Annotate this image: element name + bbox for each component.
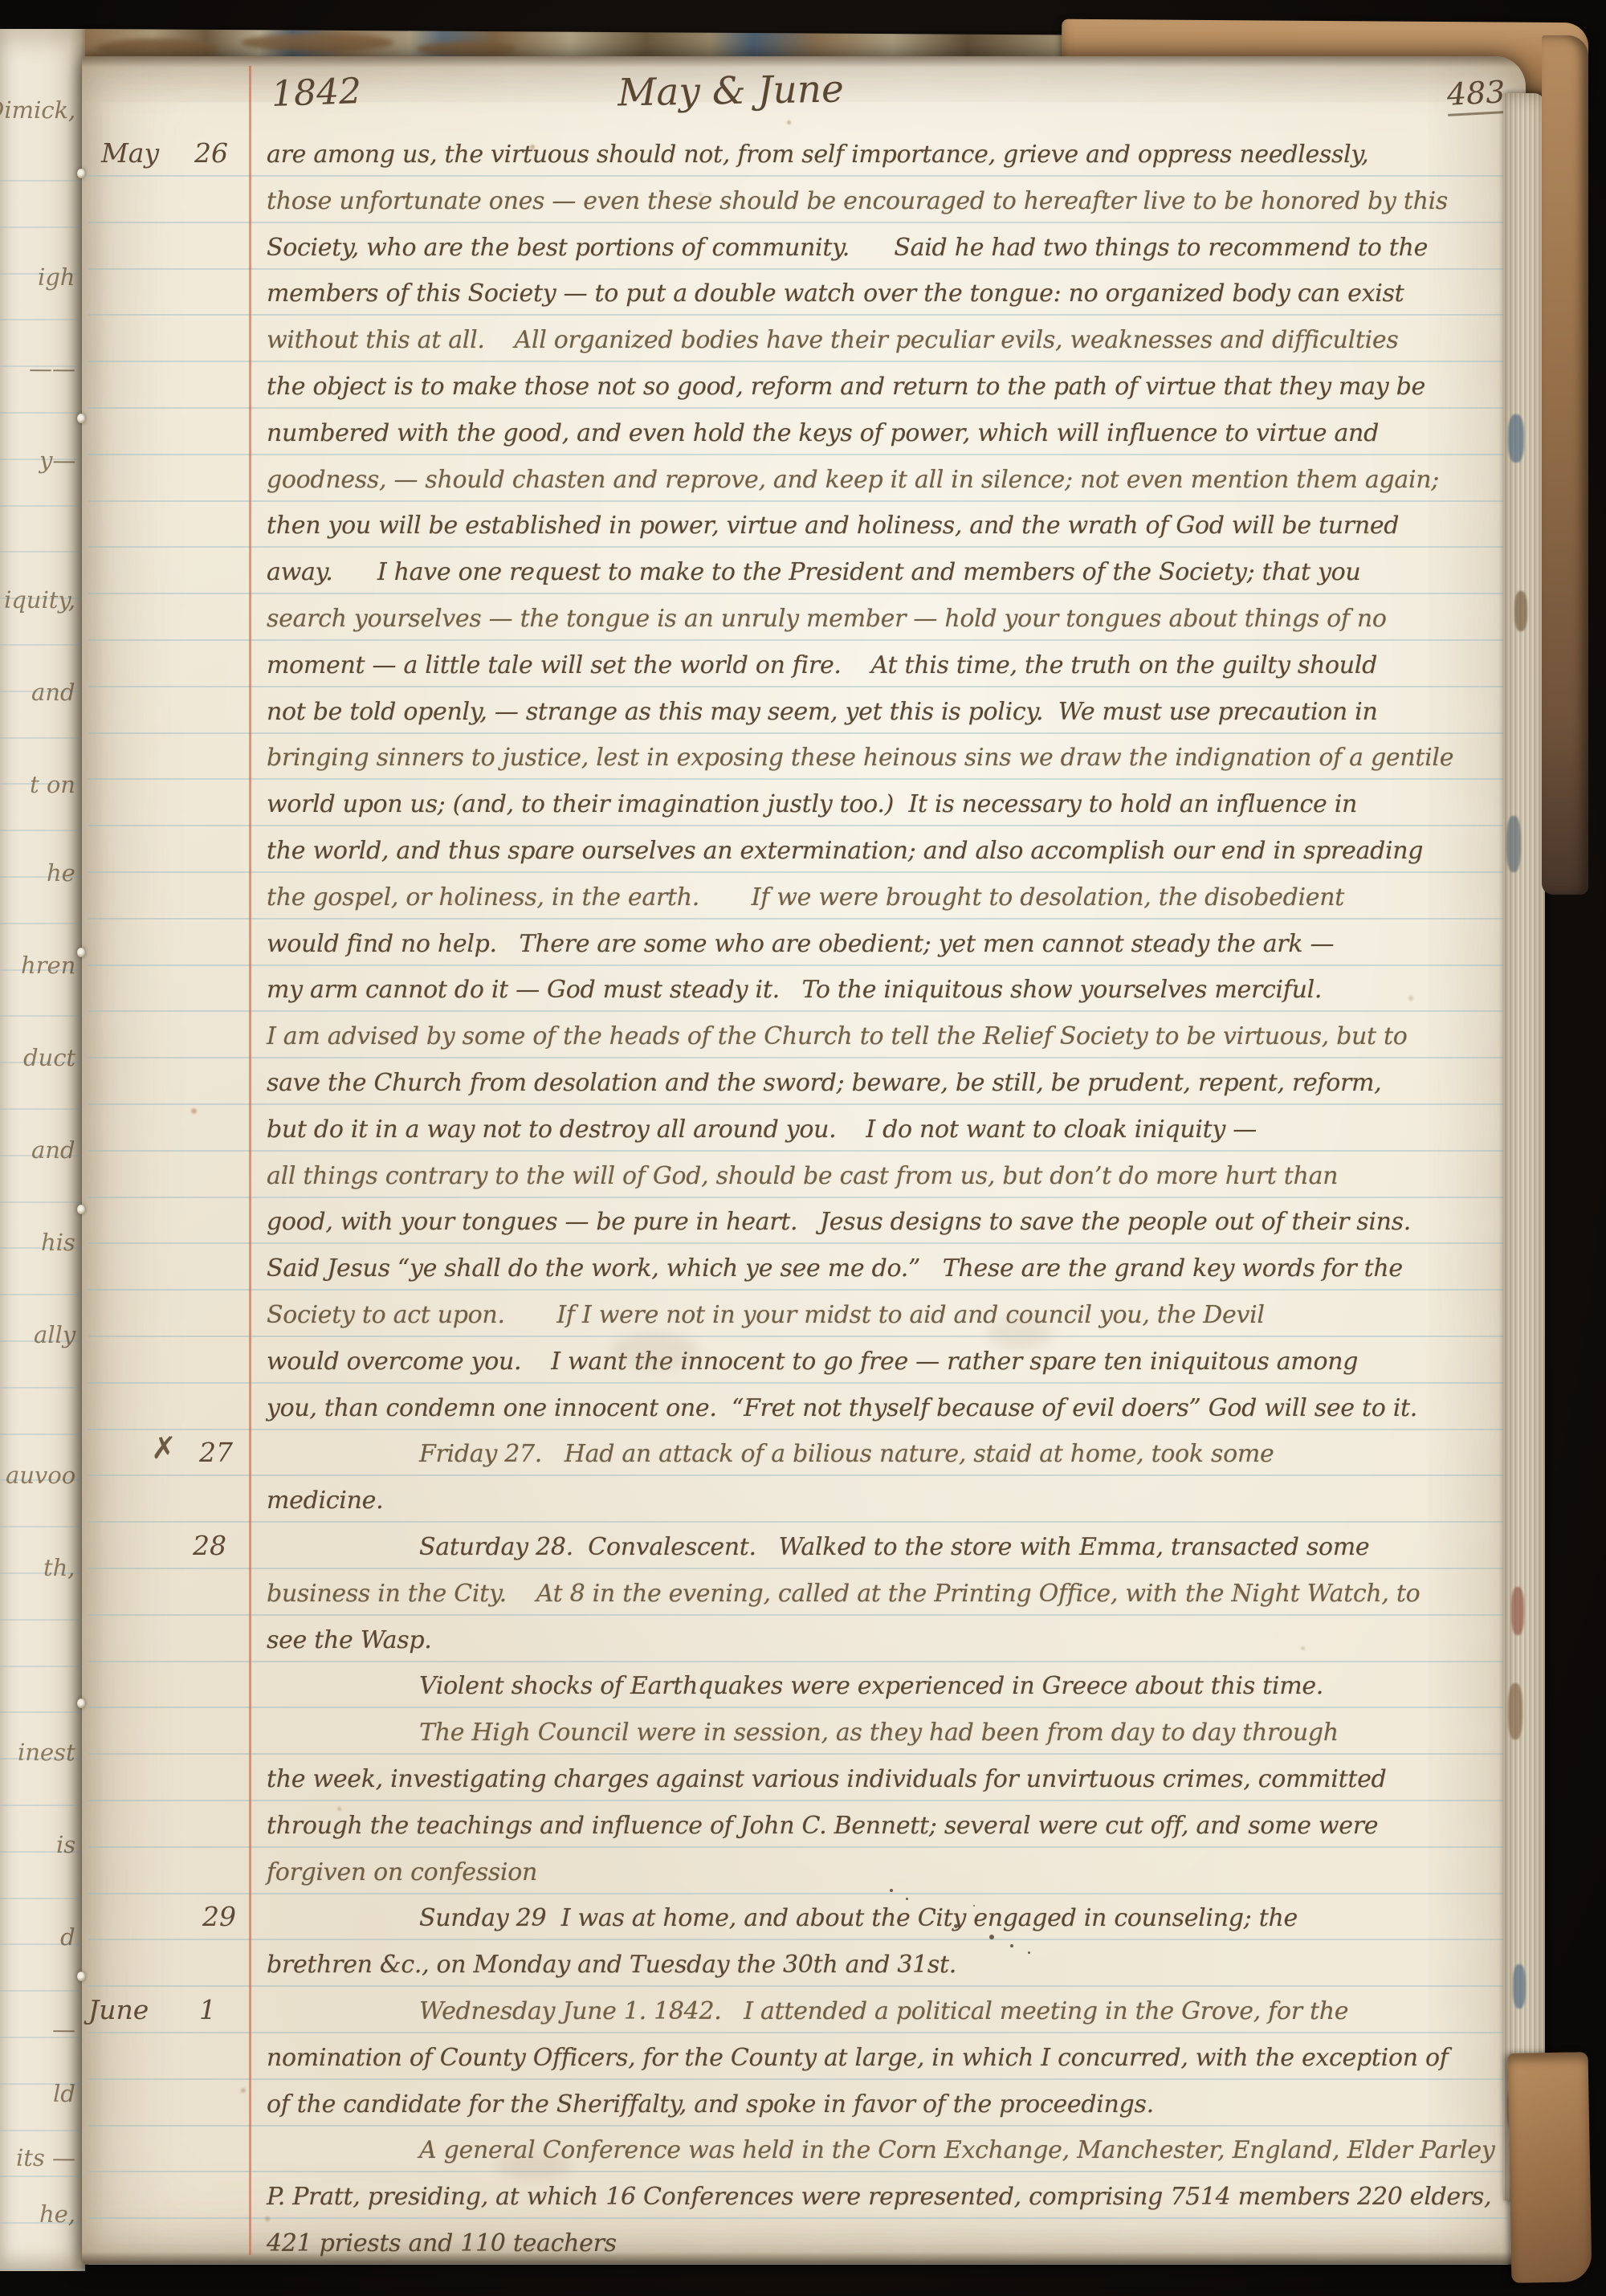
book-fore-edge-pages: [1503, 93, 1545, 2200]
ink-splatter: [933, 1912, 935, 1915]
handwriting-line: world upon us; (and, to their imaginatio…: [267, 787, 1357, 822]
marbled-edge-fleck: [1514, 591, 1527, 631]
previous-page-edge: Dimick,igh——y—iquity,andt onhehrenductan…: [0, 29, 85, 2271]
binding-stitch: [77, 1699, 85, 1708]
ruled-line: [88, 1939, 1508, 1940]
page-number: 483: [1446, 74, 1506, 116]
ruled-line-previous-page: [0, 2176, 85, 2177]
ruled-line-previous-page: [0, 1619, 85, 1621]
handwriting-line: The High Council were in session, as the…: [419, 1715, 1339, 1751]
ruled-line: [88, 2125, 1508, 2127]
previous-page-text-fragment: t on: [30, 771, 75, 798]
ruled-line-previous-page: [0, 1387, 85, 1389]
previous-page-text-fragment: Dimick,: [0, 96, 75, 124]
ruled-line: [88, 1985, 1508, 1987]
marbled-edge-fleck: [1513, 1964, 1526, 2008]
previous-page-text-fragment: d: [60, 1923, 75, 1951]
margin-date-note: June: [88, 1994, 149, 2025]
ruled-line: [88, 361, 1508, 362]
ruled-line-previous-page: [0, 1433, 85, 1435]
ruled-line-previous-page: [0, 2130, 85, 2131]
ruled-line: [88, 732, 1508, 734]
ruled-line-previous-page: [0, 505, 85, 507]
handwriting-line: without this at all. All organized bodie…: [267, 323, 1398, 358]
handwriting-line: Society to act upon. If I were not in yo…: [267, 1298, 1265, 1333]
margin-date-note: May: [101, 137, 159, 169]
margin-date-note: 26: [194, 137, 228, 169]
handwriting-line: P. Pratt, presiding, at which 16 Confere…: [267, 2180, 1491, 2215]
handwriting-line: the object is to make those not so good,…: [267, 369, 1425, 405]
ruled-line-previous-page: [0, 551, 85, 553]
handwriting-line: not be told openly, — strange as this ma…: [267, 695, 1377, 730]
ruled-line-previous-page: [0, 1108, 85, 1110]
foxing-spot: [450, 899, 454, 903]
margin-date-note: 1: [199, 1994, 216, 2025]
handwriting-line: but do it in a way not to destroy all ar…: [267, 1112, 1257, 1148]
handwriting-line: I am advised by some of the heads of the…: [267, 1019, 1408, 1054]
handwriting-line: see the Wasp.: [267, 1623, 431, 1658]
previous-page-text-fragment: hren: [21, 952, 76, 979]
margin-date-note: 27: [199, 1437, 233, 1468]
handwriting-line: Society, who are the best portions of co…: [267, 230, 1428, 266]
ruled-line-previous-page: [0, 737, 85, 739]
handwriting-line: of the candidate for the Sheriffalty, an…: [267, 2087, 1154, 2123]
ruled-line: [88, 454, 1508, 455]
handwriting-line: my arm cannot do it — God must steady it…: [267, 973, 1322, 1008]
ruled-line: [88, 1103, 1508, 1105]
ink-splatter: [1028, 1951, 1030, 1954]
ruled-line-previous-page: [0, 1711, 85, 1713]
ruled-line: [88, 825, 1508, 826]
margin-date-note: 29: [202, 1901, 236, 1932]
ruled-line-previous-page: [0, 1015, 85, 1017]
handwriting-line: those unfortunate ones — even these shou…: [267, 184, 1448, 219]
ruled-line: [88, 1568, 1508, 1569]
foxing-spot: [1301, 1646, 1305, 1650]
ink-splatter: [989, 1935, 994, 1939]
handwriting-line: search yourselves — the tongue is an unr…: [267, 602, 1387, 637]
ruled-line-previous-page: [0, 226, 85, 228]
handwriting-line: forgiven on confession: [267, 1855, 537, 1890]
ruled-line-previous-page: [0, 1526, 85, 1527]
ruled-line: [88, 546, 1508, 548]
ink-splatter: [906, 1898, 908, 1900]
previous-page-text-fragment: ally: [34, 1321, 75, 1348]
handwriting-line: you, than condemn one innocent one. “Fre…: [267, 1391, 1417, 1426]
marbled-edge-fleck: [1508, 414, 1524, 463]
handwriting-line: the world, and thus spare ourselves an e…: [267, 834, 1423, 869]
ruled-line-previous-page: [0, 180, 85, 181]
page-top-grime: [82, 56, 1526, 67]
previous-page-text-fragment: duct: [23, 1044, 75, 1071]
ruled-line: [88, 2264, 1508, 2265]
ink-splatter: [1010, 1944, 1013, 1947]
previous-page-text-fragment: y—: [39, 447, 76, 474]
handwriting-line: are among us, the virtuous should not, f…: [267, 137, 1368, 173]
ruled-line-previous-page: [0, 1201, 85, 1203]
ruled-line: [88, 1010, 1508, 1012]
ruled-line: [88, 175, 1508, 177]
foxing-spot: [1365, 530, 1369, 534]
red-margin-rule: [249, 66, 251, 2255]
ruled-line: [88, 1197, 1508, 1198]
marbled-edge-fleck: [1506, 816, 1521, 872]
ruled-line-previous-page: [0, 830, 85, 831]
scanned-journal-photo: { "page": { "header": { "year": "1842", …: [0, 0, 1606, 2296]
handwriting-line: the gospel, or holiness, in the earth. I…: [267, 880, 1344, 916]
ink-splatter: [890, 1889, 893, 1892]
handwriting-line: nomination of County Officers, for the C…: [267, 2041, 1449, 2076]
binding-stitch: [77, 948, 85, 957]
foxing-spot: [241, 2088, 246, 2093]
ruled-line: [88, 778, 1508, 780]
ruled-line: [88, 2078, 1508, 2080]
foxing-spot: [191, 1108, 197, 1114]
ruled-line: [88, 1614, 1508, 1616]
header-months: May & June: [586, 67, 876, 116]
ruled-line: [88, 1753, 1508, 1755]
previous-page-text-fragment: th,: [43, 1554, 75, 1581]
previous-page-text-fragment: iquity,: [4, 586, 75, 614]
previous-page-text-fragment: inest: [18, 1739, 75, 1766]
previous-page-text-fragment: auvoo: [6, 1462, 75, 1489]
ruled-line: [88, 1893, 1508, 1894]
handwriting-line: moment — a little tale will set the worl…: [267, 648, 1377, 683]
handwriting-line: then you will be established in power, v…: [267, 508, 1399, 544]
handwriting-line: would overcome you. I want the innocent …: [267, 1344, 1358, 1380]
handwriting-line: Saturday 28. Convalescent. Walked to the…: [419, 1530, 1369, 1565]
ruled-line: [88, 1242, 1508, 1244]
paper-smudge: [498, 2152, 570, 2180]
ruled-line: [88, 1382, 1508, 1384]
previous-page-text-fragment: he: [47, 859, 75, 887]
ruled-line: [88, 1057, 1508, 1058]
handwriting-line: numbered with the good, and even hold th…: [267, 416, 1379, 451]
ruled-line: [88, 639, 1508, 641]
journal-page: 1842 May & June 483 are among us, the vi…: [82, 56, 1526, 2265]
handwriting-line: A general Conference was held in the Cor…: [419, 2133, 1495, 2168]
ruled-line-previous-page: [0, 2269, 85, 2270]
handwriting-line: would find no help. There are some who a…: [267, 927, 1334, 962]
ink-splatter: [954, 1924, 958, 1928]
ruled-line-previous-page: [0, 319, 85, 320]
ruled-line-previous-page: [0, 1990, 85, 1992]
ruled-line: [88, 1521, 1508, 1523]
handwriting-line: Sunday 29 I was at home, and about the C…: [419, 1901, 1298, 1936]
header-year: 1842: [271, 71, 362, 115]
ruled-line: [88, 1336, 1508, 1337]
handwriting-line: business in the City. At 8 in the evenin…: [267, 1576, 1420, 1612]
binding-stitch: [77, 169, 85, 178]
binding-stitch: [77, 1205, 85, 1214]
ruled-line: [88, 2032, 1508, 2033]
previous-page-text-fragment: its —: [16, 2144, 75, 2172]
previous-page-text-fragment: ld: [53, 2080, 75, 2107]
ruled-line: [88, 1661, 1508, 1662]
ruled-line: [88, 1800, 1508, 1801]
marbled-edge-fleck: [1511, 1587, 1524, 1635]
previous-page-text-fragment: and: [31, 1136, 75, 1164]
ruled-line: [88, 314, 1508, 316]
ruled-line: [88, 1474, 1508, 1476]
handwriting-line: brethren &c., on Monday and Tuesday the …: [267, 1947, 956, 1983]
paper-smudge: [988, 1317, 1052, 1349]
previous-page-text-fragment: igh: [38, 263, 75, 291]
foxing-spot: [1237, 1590, 1241, 1595]
previous-page-text-fragment: and: [31, 679, 75, 706]
ruled-line-previous-page: [0, 1294, 85, 1295]
ruled-line: [88, 593, 1508, 594]
ruled-line-previous-page: [0, 1898, 85, 1899]
leather-cover-right-edge: [1542, 35, 1588, 895]
handwriting-line: good, with your tongues — be pure in hea…: [267, 1205, 1411, 1240]
binding-fiber-debris: [241, 34, 393, 51]
ruled-line: [88, 2217, 1508, 2219]
ruled-line: [88, 222, 1508, 223]
previous-page-text-fragment: his: [41, 1229, 75, 1256]
handwriting-line: medicine.: [267, 1483, 383, 1519]
ruled-line: [88, 1289, 1508, 1291]
ruled-line: [88, 407, 1508, 409]
ink-splatter: [973, 1905, 975, 1907]
margin-date-note: 28: [193, 1530, 226, 1561]
ruled-line-previous-page: [0, 1666, 85, 1667]
margin-cross-mark: ✗: [151, 1430, 177, 1466]
ruled-line: [88, 964, 1508, 966]
foxing-spot: [337, 1807, 341, 1811]
handwriting-line: Wednesday June 1. 1842. I attended a pol…: [419, 1994, 1348, 2029]
marbled-edge-fleck: [1508, 1683, 1522, 1739]
ruled-line: [88, 918, 1508, 920]
ruled-line: [88, 1707, 1508, 1708]
handwriting-line: Friday 27. Had an attack of a bilious na…: [419, 1437, 1274, 1472]
previous-page-text-fragment: —: [52, 2016, 75, 2043]
ruled-line: [88, 871, 1508, 873]
handwriting-line: 421 priests and 110 teachers: [267, 2226, 617, 2261]
previous-page-text-fragment: is: [56, 1831, 75, 1858]
handwriting-line: Said Jesus “ye shall do the work, which …: [267, 1251, 1403, 1287]
paper-smudge: [610, 1333, 699, 1370]
foxing-spot: [787, 120, 791, 124]
foxing-spot: [530, 145, 535, 149]
handwriting-line: the week, investigating charges against …: [267, 1762, 1386, 1797]
leather-cover-bottom-corner: [1508, 2052, 1592, 2283]
handwriting-line: Violent shocks of Earthquakes were exper…: [419, 1669, 1323, 1704]
ruled-line: [88, 268, 1508, 270]
handwriting-line: members of this Society — to put a doubl…: [267, 276, 1404, 312]
ruled-line: [88, 1846, 1508, 1848]
previous-page-text-fragment: he,: [39, 2200, 75, 2228]
handwriting-line: bringing sinners to justice, lest in exp…: [267, 740, 1453, 776]
handwriting-line: goodness, — should chasten and reprove, …: [267, 463, 1439, 498]
binding-stitch: [77, 414, 85, 423]
foxing-spot: [699, 193, 702, 196]
previous-page-text-fragment: ——: [29, 355, 75, 382]
ruled-line: [88, 1429, 1508, 1430]
ruled-line-previous-page: [0, 1805, 85, 1806]
ruled-line-previous-page: [0, 412, 85, 414]
ruled-line: [88, 686, 1508, 687]
ruled-line: [88, 2171, 1508, 2172]
ruled-line: [88, 1150, 1508, 1152]
handwriting-line: all things contrary to the will of God, …: [267, 1159, 1338, 1194]
ruled-line-previous-page: [0, 923, 85, 924]
handwriting-line: save the Church from desolation and the …: [267, 1066, 1381, 1101]
handwriting-line: through the teachings and influence of J…: [267, 1809, 1378, 1844]
binding-stitch: [77, 1972, 85, 1981]
foxing-spot: [1408, 996, 1413, 1001]
ruled-line-previous-page: [0, 644, 85, 646]
ruled-line: [88, 500, 1508, 502]
binding-fiber-debris: [418, 42, 514, 56]
handwriting-line: away. I have one request to make to the …: [267, 555, 1360, 590]
foxing-spot: [265, 2216, 270, 2221]
